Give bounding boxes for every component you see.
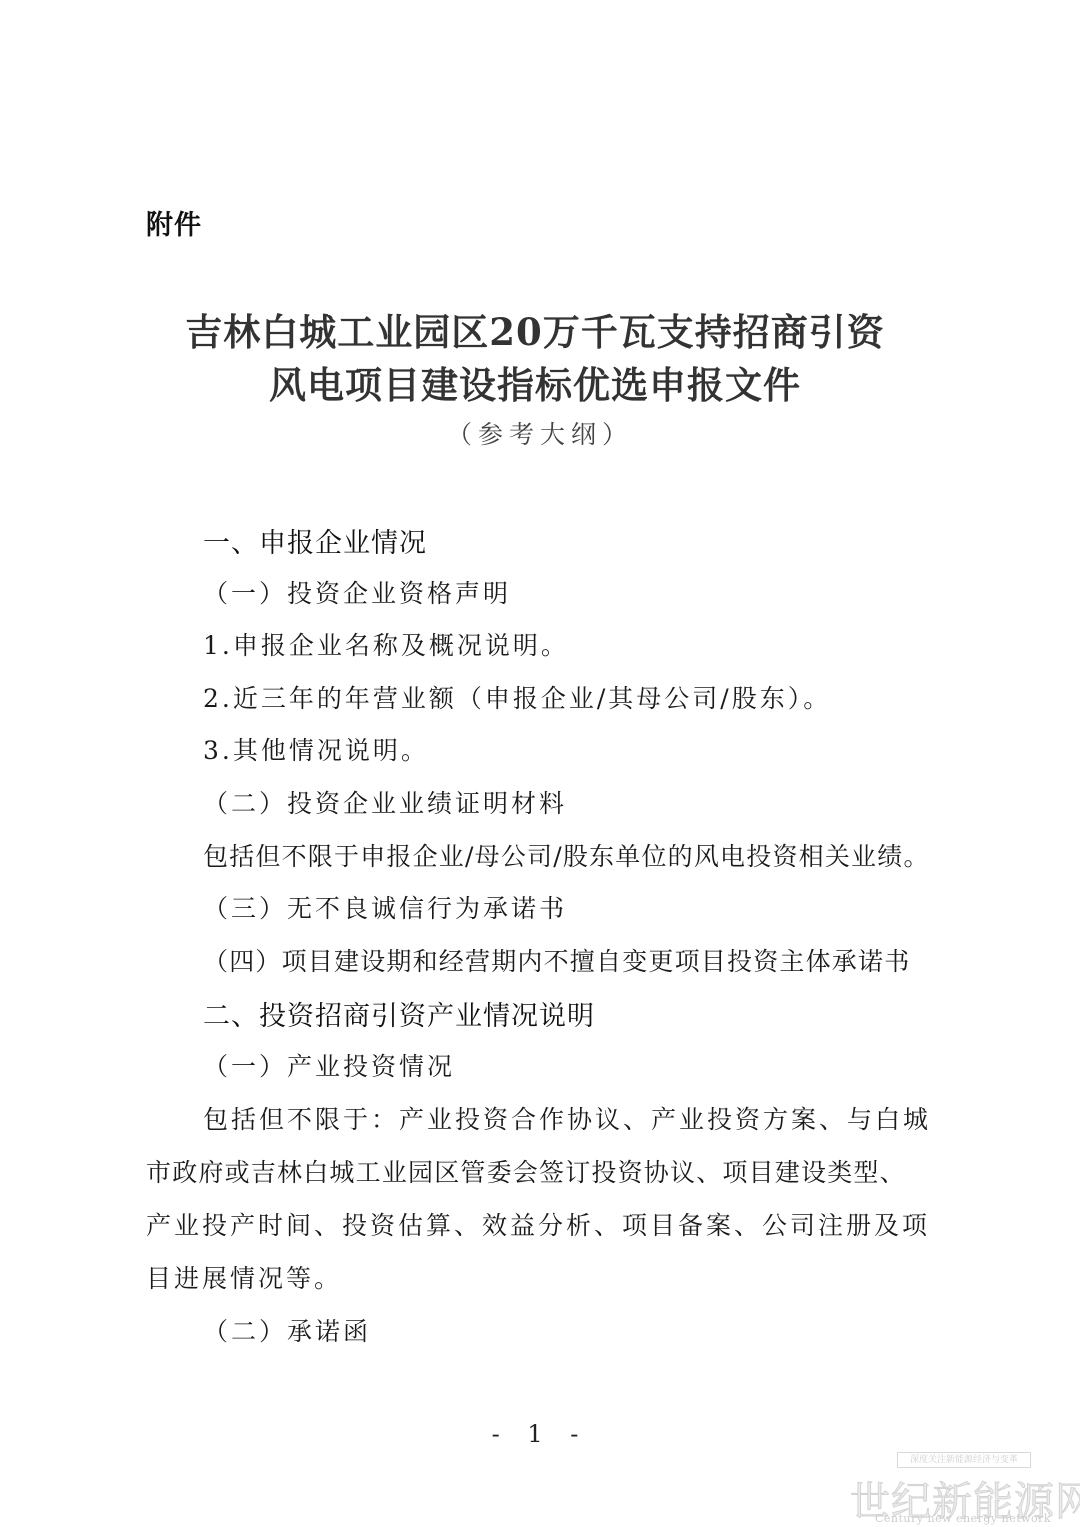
- paragraph-2-1-line-2: 市政府或吉林白城工业园区管委会签订投资协议、项目建设类型、: [146, 1153, 906, 1189]
- section-heading-2: 二、投资招商引资产业情况说明: [203, 994, 595, 1033]
- subsection-heading-1-2: （二）投资企业业绩证明材料: [203, 784, 567, 820]
- document-title-line-1: 吉林白城工业园区20万千瓦支持招商引资: [0, 302, 1075, 356]
- attachment-label: 附件: [146, 203, 202, 242]
- subsection-heading-2-1: （一）产业投资情况: [203, 1047, 455, 1083]
- watermark-tagline: 深度关注新能源经济与变革: [897, 1452, 1031, 1468]
- paragraph-1-2: 包括但不限于申报企业/母公司/股东单位的风电投资相关业绩。: [203, 837, 930, 873]
- paragraph-2-1-line-4: 目进展情况等。: [146, 1259, 342, 1295]
- document-subtitle: （参考大纲）: [0, 415, 1080, 451]
- list-item-1: 1.申报企业名称及概况说明。: [203, 626, 569, 662]
- watermark-english: Century new energy network: [875, 1512, 1051, 1525]
- list-item-2: 2.近三年的年营业额（申报企业/其母公司/股东）。: [203, 679, 831, 715]
- subsection-heading-2-2: （二）承诺函: [203, 1312, 371, 1348]
- section-heading-1: 一、申报企业情况: [203, 521, 427, 560]
- document-title-line-2: 风电项目建设指标优选申报文件: [0, 355, 1075, 409]
- list-item-3: 3.其他情况说明。: [203, 731, 429, 767]
- paragraph-2-1-line-3: 产业投产时间、投资估算、效益分析、项目备案、公司注册及项: [146, 1206, 930, 1242]
- subsection-heading-1-4: （四）项目建设期和经营期内不擅自变更项目投资主体承诺书: [203, 942, 910, 978]
- subsection-heading-1-1: （一）投资企业资格声明: [203, 574, 511, 610]
- page-number: - 1 -: [0, 1420, 1080, 1448]
- subsection-heading-1-3: （三）无不良诚信行为承诺书: [203, 889, 567, 925]
- paragraph-2-1-line-1: 包括但不限于：产业投资合作协议、产业投资方案、与白城: [203, 1100, 931, 1136]
